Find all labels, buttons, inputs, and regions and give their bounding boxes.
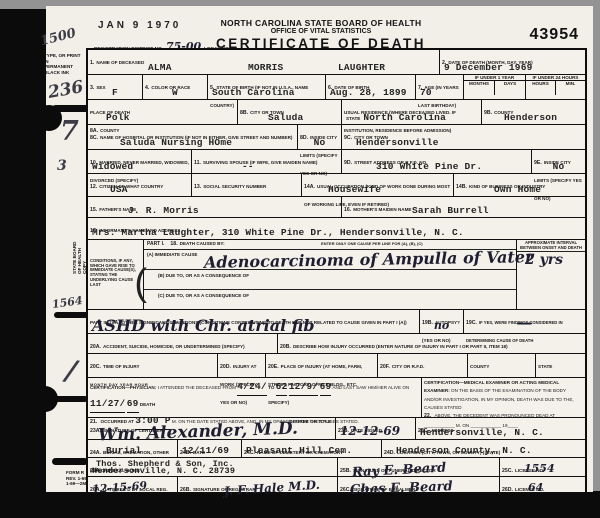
field-accident-type: 20a.ACCIDENT, SUICIDE, HOMICIDE, OR UNDE… bbox=[88, 334, 278, 353]
field-age: 7.AGE (IN YEARS LAST BIRTHDAY) 70 bbox=[416, 75, 464, 99]
residence-city-value: Hendersonville bbox=[356, 137, 439, 148]
field-embalmer-signature: 26c.SIGNATURE OF EMBALMER Chas E. Beard bbox=[338, 477, 500, 495]
residence-state-value: North Carolina bbox=[363, 112, 446, 123]
field-describe-injury: 20b.DESCRIBE HOW INJURY OCCURRED (ENTER … bbox=[278, 334, 585, 353]
field-mother-maiden-name: 16.MOTHER'S MAIDEN NAME Sarah Burrell bbox=[342, 197, 585, 217]
residence-county-value: Henderson bbox=[504, 112, 557, 123]
hole-punch bbox=[32, 386, 58, 412]
field-place-of-death-city: 8b.CITY OR TOWN Saluda bbox=[238, 100, 342, 124]
immediate-cause-value: Adenocarcinoma of Ampulla of Vater bbox=[204, 247, 534, 272]
min-label: MIN. bbox=[556, 81, 585, 95]
field-if-under-1-year: IF UNDER 1 YEAR MONTHS DAYS bbox=[464, 75, 526, 99]
field-usual-occupation: 14a.USUAL OCCUPATION (KIND OF WORK DONE … bbox=[302, 174, 454, 196]
attended-to-value: 12/9/ bbox=[289, 379, 319, 396]
field-injury-at-work: 20d.INJURY AT WORK (SPECIFY YES OR NO) bbox=[218, 354, 266, 377]
race-value: W bbox=[143, 87, 207, 98]
certifier-address-value: Hendersonville, N. C. bbox=[420, 427, 544, 438]
location-value: Henderson County, N. C. bbox=[396, 445, 532, 456]
cause-main: PART I. 18.DEATH CAUSED BY: ENTER ONLY O… bbox=[144, 240, 517, 309]
certificate-paper: 1500 TYPE, OR PRINT IN PERMANENT BLACK I… bbox=[46, 6, 593, 492]
date-of-birth-value: Aug. 28, 1899 bbox=[330, 87, 407, 98]
field-residence-city: 9c.CITY OR TOWN Hendersonville bbox=[342, 125, 585, 149]
field-injury-state: STATE bbox=[536, 354, 585, 377]
cause-line-c: (c) DUE TO, OR AS A CONSEQUENCE OF bbox=[144, 290, 516, 309]
field-color-or-race: 4.COLOR OR RACE W bbox=[143, 75, 208, 99]
field-signature-of-certifier: 23a.SIGNATURE OF CERTIFIER DEGREE OR TIT… bbox=[88, 418, 336, 439]
margin-pencil-3: 3 bbox=[57, 158, 67, 174]
scan-background-left bbox=[0, 9, 46, 518]
field-marital-status: 10.MARRIED, NEVER MARRIED, WIDOWED, DIVO… bbox=[88, 150, 192, 173]
field-burial-date: 24b.DATE 12/11/69 bbox=[178, 440, 242, 457]
deceased-first-name: ALMA bbox=[148, 62, 172, 73]
field-date-of-birth: 6.DATE OF BIRTH Aug. 28, 1899 bbox=[326, 75, 416, 99]
cause-conditions-note: CONDITIONS, IF ANY, WHICH GAVE RISE TO I… bbox=[88, 240, 144, 309]
death-city-value: Saluda bbox=[268, 112, 303, 123]
burial-date-value: 12/11/69 bbox=[182, 445, 229, 456]
age-value: 70 bbox=[420, 87, 432, 98]
death-county-value: Polk bbox=[106, 112, 130, 123]
field-date-signed: 23b.DATE SIGNED 12-12-69 bbox=[336, 418, 416, 439]
deceased-middle-name: MORRIS bbox=[248, 62, 283, 73]
field-father-name: 15.FATHER'S NAME J. R. Morris bbox=[88, 197, 342, 217]
mother-value: Sarah Burrell bbox=[412, 205, 489, 216]
occupation-value: Housewife bbox=[328, 184, 381, 195]
hospital-value: Saluda Nursing HOme bbox=[120, 137, 232, 148]
field-certifier-address: 23c.ADDRESS Hendersonville, N. C. bbox=[416, 418, 585, 439]
ink-instruction-note: TYPE, OR PRINT IN PERMANENT BLACK INK bbox=[44, 53, 86, 75]
state-board-copy-label: STATE BOARD OF HEALTH COPY bbox=[72, 242, 87, 275]
date-received-value: 12-15-69 bbox=[92, 479, 148, 496]
field-registrar-signature: 26b.SIGNATURE OF REGISTRAR J. F. Hale M.… bbox=[178, 477, 338, 495]
cause-line-b: (b) DUE TO, OR AS A CONSEQUENCE OF bbox=[144, 270, 516, 290]
field-citizen-of: 12.CITIZEN OF WHAT COUNTRY USA bbox=[88, 174, 192, 196]
field-autopsy: 19b.AUTOPSY? (YES OR NO) no bbox=[420, 310, 464, 333]
street-value: 310 White Pine Dr. bbox=[376, 161, 482, 172]
field-other-conditions: PART II. 19a.OTHER SIGNIFICANT CONDITION… bbox=[88, 310, 420, 333]
field-time-of-injury: 20c.TIME OF INJURY MONTH DAY YEAR HOUR bbox=[88, 354, 218, 377]
field-street-address: 9d.STREET ADDRESS OR R.F.D. NO. 310 Whit… bbox=[342, 150, 532, 173]
field-funeral-director-signature: 25b.SIGNATURE OF FUNERAL DIRECTOR Ray E.… bbox=[338, 458, 500, 476]
certificate-form: 1.NAME OF DECEASED ALMA MORRIS LAUGHTER … bbox=[86, 48, 587, 494]
last-saw-value: 11/27/ bbox=[90, 396, 125, 413]
redaction-bar bbox=[54, 312, 90, 318]
months-label: MONTHS bbox=[464, 81, 495, 95]
field-place-of-death-county: PLACE OF DEATH 8a.COUNTY Polk bbox=[88, 100, 238, 124]
autopsy-value: no bbox=[420, 319, 463, 332]
hours-label: HOURS bbox=[526, 81, 556, 95]
field-burial-type: 24a.BURIAL, CREMATION, OTHER (SPECIFY) B… bbox=[88, 440, 178, 457]
spouse-value: -- bbox=[242, 161, 254, 172]
field-hospital: 8c.NAME OF HOSPITAL OR INSTITUTION (IF N… bbox=[88, 125, 298, 149]
scanned-death-certificate: { "margin": { "pencil_1500": "1500", "in… bbox=[0, 0, 600, 518]
enter-note: ENTER ONLY ONE CAUSE PER LINE FOR (a), (… bbox=[231, 242, 513, 246]
field-cemetery: 24c.NAME OF CEMETERY OR CREMATORY Pleasa… bbox=[242, 440, 382, 457]
father-value: J. R. Morris bbox=[128, 205, 199, 216]
form-title-block: NORTH CAROLINA STATE BOARD OF HEALTH OFF… bbox=[196, 18, 446, 51]
citizen-value: USA bbox=[110, 184, 128, 195]
field-date-of-death: 2.DATE OF DEATH (MONTH, DAY, YEAR) 9 Dec… bbox=[440, 50, 585, 74]
field-embalmer-license: 26d.LICENSE NO. 64 bbox=[500, 477, 585, 495]
cemetery-value: Pleasant Hill Cem. bbox=[246, 445, 352, 456]
field-residence-state: USUAL RESIDENCE (WHERE DECEASED LIVED. I… bbox=[342, 100, 482, 124]
field-business-industry: 14b.KIND OF BUSINESS OR INDUSTRY Own Hom… bbox=[454, 174, 585, 196]
part1-label: PART I. bbox=[147, 242, 164, 248]
interval-header: APPROXIMATE INTERVAL BETWEEN ONSET AND D… bbox=[517, 240, 585, 252]
last-saw-year: 69 bbox=[127, 396, 139, 413]
field-state-of-birth: 5.STATE OF BIRTH (IF NOT IN U.S.A., NAME… bbox=[208, 75, 326, 99]
field-injury-county: COUNTY bbox=[468, 354, 536, 377]
death-inside-limits-value: No bbox=[298, 137, 341, 148]
days-label: DAYS bbox=[495, 81, 525, 95]
field-funeral-home: 25a.FUNERAL HOME Thos. Shepherd & Son, I… bbox=[88, 458, 338, 476]
redaction-bar bbox=[52, 458, 88, 465]
field-findings-considered: 19c.IF YES, WERE FINDINGS CONSIDERED IN … bbox=[464, 310, 585, 333]
field-social-security-number: 13.SOCIAL SECURITY NUMBER bbox=[192, 174, 302, 196]
field-cemetery-location: 24d.LOCATION (CITY, TOWN, OR COUNTY) (ST… bbox=[382, 440, 585, 457]
field-date-received: 26a.DATE REC'D BY LOCAL REG. 12-15-69 bbox=[88, 477, 178, 495]
deceased-last-name: LAUGHTER bbox=[338, 62, 385, 73]
date-signed-value: 12-12-69 bbox=[340, 424, 400, 438]
attended-from-year: 62 bbox=[276, 379, 288, 396]
sex-value: F bbox=[88, 87, 142, 98]
name-label: NAME OF DECEASED bbox=[96, 60, 144, 65]
field-death-inside-city-limits: 8d.INSIDE CITY LIMITS (SPECIFY YES OR NO… bbox=[298, 125, 342, 149]
attended-from-value: 4/24/ bbox=[237, 379, 267, 396]
field-residence-county: 9b.COUNTY Henderson bbox=[482, 100, 585, 124]
cause-interval-column: APPROXIMATE INTERVAL BETWEEN ONSET AND D… bbox=[517, 240, 585, 309]
form-revision-note: FORM R REV. 1-69 1-69—2M bbox=[66, 470, 87, 487]
findings-value: — bbox=[464, 313, 585, 332]
certificate-number: 43954 bbox=[530, 26, 580, 44]
field-if-under-24-hours: IF UNDER 24 HOURS HOURS MIN. bbox=[526, 75, 585, 99]
margin-pencil-slash: / bbox=[64, 353, 79, 387]
office-name: OFFICE OF VITAL STATISTICS bbox=[196, 28, 446, 35]
field-surviving-spouse: 11.SURVIVING SPOUSE (IF WIFE, GIVE MAIDE… bbox=[192, 150, 342, 173]
field-residence-inside-city-limits: 9e.INSIDE CITY LIMITS (SPECIFY YES OR NO… bbox=[532, 150, 585, 173]
hole-punch bbox=[36, 105, 62, 131]
industry-value: Own Home bbox=[494, 184, 541, 195]
field-informant: 17.INFORMANT'S NAME AND ADDRESS Mrs. Mar… bbox=[88, 218, 585, 239]
informant-value: Mrs. Martha Laughter, 310 White Pine Dr.… bbox=[92, 227, 464, 238]
cause-line-a: (a) IMMEDIATE CAUSE Adenocarcinoma of Am… bbox=[144, 250, 516, 270]
embalmer-license-value: 64 bbox=[528, 481, 543, 494]
certification-medical-examiner: CERTIFICATION—MEDICAL EXAMINER OR ACTING… bbox=[422, 378, 585, 417]
residence-inside-limits-value: No bbox=[532, 161, 585, 172]
field-injury-city: 20f.CITY OR R.F.D. bbox=[378, 354, 468, 377]
field-director-license: 25c.LICENSE NO. 1554 bbox=[500, 458, 585, 476]
date-of-death-value: 9 December 1969 bbox=[444, 62, 533, 73]
margin-pencil-1564: 1564 bbox=[51, 294, 83, 311]
marital-value: Widowed bbox=[92, 161, 133, 172]
other-conditions-value: ASHD with Chr. atrial fib bbox=[92, 316, 315, 335]
funeral-home-address: Hendersonville, N. C. 28739 bbox=[92, 466, 235, 476]
burial-value: Burial bbox=[106, 445, 141, 456]
margin-pencil-7: 7 bbox=[60, 116, 79, 147]
director-license-value: 1554 bbox=[524, 462, 555, 475]
attended-to-year: 69 bbox=[320, 379, 332, 396]
certification-physician: CERTIFICATION—PHYSICIAN: I ATTENDED THE … bbox=[88, 378, 422, 417]
field-sex: 3.SEX F bbox=[88, 75, 143, 99]
board-name: NORTH CAROLINA STATE BOARD OF HEALTH bbox=[196, 18, 446, 28]
received-date-stamp: JAN 9 1970 bbox=[98, 20, 181, 31]
field-place-of-injury: 20e.PLACE OF INJURY (AT HOME, FARM, STRE… bbox=[266, 354, 378, 377]
margin-pencil-236: 236 bbox=[47, 77, 85, 103]
state-of-birth-value: South Carolina bbox=[212, 87, 295, 98]
redaction-bar bbox=[54, 396, 88, 402]
immediate-interval-value: 2 yrs bbox=[525, 252, 563, 268]
field-name-of-deceased: 1.NAME OF DECEASED ALMA MORRIS LAUGHTER bbox=[88, 50, 440, 74]
caused-by-label: DEATH CAUSED BY: bbox=[180, 241, 225, 246]
